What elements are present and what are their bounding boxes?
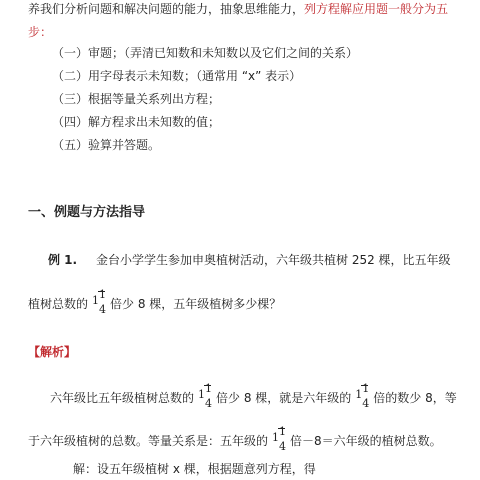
step-3: （三）根据等量关系列出方程； bbox=[52, 92, 220, 106]
analysis-text: 倍少 8 棵，就是六年级的 bbox=[216, 391, 351, 406]
mixed-fraction: 114 bbox=[355, 372, 369, 406]
intro-text: 养我们分析问题和解决问题的能力，抽象思维能力， bbox=[28, 2, 304, 16]
step-label: （三） bbox=[52, 92, 88, 106]
step-label: （一） bbox=[52, 46, 88, 60]
step-text: 审题；（弄清已知数和未知数以及它们之间的关系） bbox=[88, 46, 358, 60]
example-label: 例 1. bbox=[48, 253, 96, 267]
analysis-heading: 【解析】 bbox=[28, 345, 76, 359]
step-label: （二） bbox=[52, 69, 88, 83]
mixed-fraction: 114 bbox=[92, 278, 106, 312]
step-text: 验算并答题。 bbox=[88, 138, 160, 152]
step-text: 解方程求出未知数的值； bbox=[88, 115, 220, 129]
example-text: 倍少 8 棵，五年级植树多少棵？ bbox=[110, 297, 281, 312]
mixed-fraction: 114 bbox=[198, 372, 212, 406]
intro-line-2: 步： bbox=[28, 25, 52, 39]
section-heading: 一、例题与方法指导 bbox=[28, 206, 145, 220]
step-5: （五）验算并答题。 bbox=[52, 138, 160, 152]
step-label: （五） bbox=[52, 138, 88, 152]
analysis-text: 倍的数少 8，等 bbox=[373, 391, 456, 406]
analysis-text: 六年级比五年级植树总数的 bbox=[50, 391, 194, 406]
step-4: （四）解方程求出未知数的值； bbox=[52, 115, 220, 129]
analysis-text: 于六年级植树的总数。等量关系是：五年级的 bbox=[28, 434, 268, 449]
analysis-line-1: 六年级比五年级植树总数的114倍少 8 棵，就是六年级的114倍的数少 8，等 bbox=[50, 372, 457, 406]
example-text: 植树总数的 bbox=[28, 297, 88, 312]
step-2: （二）用字母表示未知数；（通常用 “x” 表示） bbox=[52, 69, 301, 83]
analysis-line-3: 解：设五年级植树 x 棵，根据题意列方程，得 bbox=[73, 462, 316, 476]
intro-highlight: 列方程解应用题一般分为五 bbox=[304, 2, 448, 16]
example-text: 金台小学学生参加申奥植树活动，六年级共植树 252 棵，比五年级 bbox=[96, 253, 451, 267]
step-label: （四） bbox=[52, 115, 88, 129]
step-1: （一）审题；（弄清已知数和未知数以及它们之间的关系） bbox=[52, 46, 358, 60]
example-line-2: 植树总数的114倍少 8 棵，五年级植树多少棵？ bbox=[28, 278, 281, 312]
mixed-fraction: 114 bbox=[272, 415, 286, 449]
example-line-1: 例 1.金台小学学生参加申奥植树活动，六年级共植树 252 棵，比五年级 bbox=[48, 253, 451, 267]
analysis-line-2: 于六年级植树的总数。等量关系是：五年级的114倍－8＝六年级的植树总数。 bbox=[28, 415, 442, 449]
analysis-text: 倍－8＝六年级的植树总数。 bbox=[290, 434, 442, 449]
step-text: 根据等量关系列出方程； bbox=[88, 92, 220, 106]
intro-line-1: 养我们分析问题和解决问题的能力，抽象思维能力，列方程解应用题一般分为五 bbox=[28, 2, 448, 16]
step-text: 用字母表示未知数；（通常用 “x” 表示） bbox=[88, 69, 301, 83]
